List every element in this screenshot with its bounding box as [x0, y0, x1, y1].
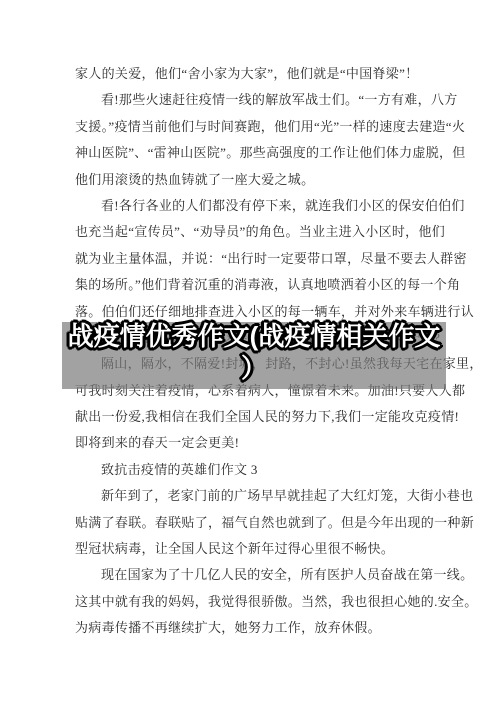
banner-title-text: 战疫情优秀作文(战疫情相关作文: [68, 318, 441, 354]
essay-text-line: 即将到来的春天一定会更美!: [75, 430, 455, 456]
essay-text-line: 集的场所。”他们背着沉重的消毒液，认真地喷洒着小区的每一个角: [75, 272, 455, 298]
essay-text-line: 贴满了春联。春联贴了，福气自然也就到了。但是今年出现的一种新: [75, 510, 455, 536]
essay-text-line: 现在国家为了十几亿人民的安全，所有医护人员奋战在第一线。: [75, 562, 455, 588]
essay-text-line: 支援。”疫情当前他们与时间赛跑，他们用“光”一样的速度去建造“火: [75, 114, 455, 140]
essay-text-line: 看!各行各业的人们都没有停下来，就连我们小区的保安伯伯们: [75, 193, 455, 219]
essay-text-line: 新年到了，老家门前的广场早早就挂起了大红灯笼，大街小巷也: [75, 483, 455, 509]
essay-text-line: 也充当起“宣传员”、“劝导员”的角色。当业主进入小区时，他们: [75, 219, 455, 245]
essay-text-line: 神山医院”、“雷神山医院”。那些高强度的工作让他们体力虚脱，但: [75, 140, 455, 166]
essay-text-line: 就为业主量体温，并说：“出行时一定要带口罩，尽量不要去人群密: [75, 246, 455, 272]
essay-text-line: 看!那些火速赶往疫情一线的解放军战士们。“一方有难，八方: [75, 87, 455, 113]
essay-text-line: 致抗击疫情的英雄们作文 3: [75, 457, 455, 483]
essay-text-line: 他们用滚烫的热血铸就了一座大爱之城。: [75, 167, 455, 193]
essay-text-line: 献出一份爱,我相信在我们全国人民的努力下,我们一定能攻克疫情!: [75, 404, 455, 430]
title-banner-overlay: 战疫情优秀作文(战疫情相关作文 ）: [62, 322, 446, 389]
essay-text-line: 家人的关爱，他们“舍小家为大家”，他们就是“中国脊梁”！: [75, 61, 455, 87]
document-page: 家人的关爱，他们“舍小家为大家”，他们就是“中国脊梁”！ 看!那些火速赶往疫情一…: [0, 0, 500, 707]
essay-text-line: 这其中就有我的妈妈，我觉得很骄傲。当然，我也很担心她的.安全。: [75, 589, 455, 615]
essay-text-line: 型冠状病毒，让全国人民这个新年过得心里很不畅快。: [75, 536, 455, 562]
essay-text-line: 为病毒传播不再继续扩大，她努力工作，放弃休假。: [75, 615, 455, 641]
banner-title-closing-bracket: ）: [241, 350, 267, 386]
